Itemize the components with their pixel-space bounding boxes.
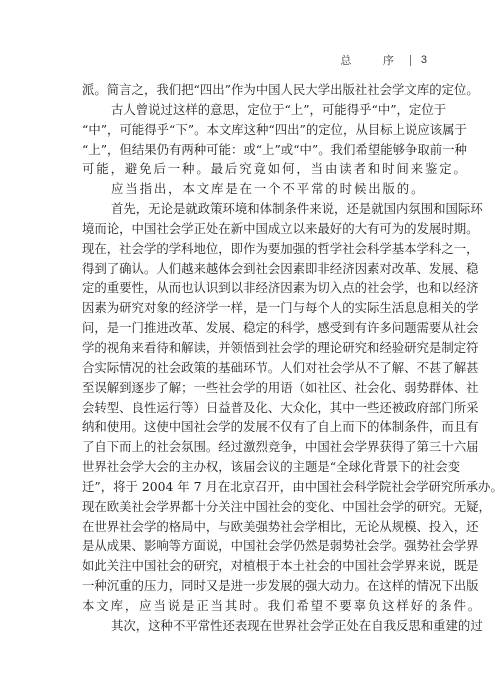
- text-line: “上”，但结果仍有两种可能：或“上”或“中”。我们希望能够争取前一种: [82, 140, 428, 160]
- text-line: 了自下而上的社会氛围。经过激烈竞争，中国社会学界获得了第三十六届: [82, 437, 428, 457]
- text-line: 纳和使用。这使中国社会学的发展不仅有了自上而下的体制条件，而且有: [82, 417, 428, 437]
- text-line: 迁”，将于 2004 年 7 月在北京召开，由中国社会科学院社会学研究所承办。: [82, 477, 428, 497]
- running-header: 总 序 3: [300, 52, 427, 68]
- text-line: 定的重要性，从而也认识到以非经济因素为切入点的社会学，也和以经济: [82, 278, 428, 298]
- text-line: 得到了确认。人们越来越体会到社会因素即非经济因素对改革、发展、稳: [82, 259, 428, 279]
- text-line: “中”，可能得乎“下”。本文库这种“四出”的定位，从目标上说应该属于: [82, 120, 428, 140]
- page-number: 3: [421, 54, 427, 66]
- text-line: 一种沉重的压力，同时又是进一步发展的强大动力。在这样的情况下出版: [82, 576, 428, 596]
- text-line: 现在欧美社会学界都十分关注中国社会的变化、中国社会学的研究。无疑，: [82, 497, 428, 517]
- text-line: 世界社会学大会的主办权，该届会议的主题是“全球化背景下的社会变: [82, 457, 428, 477]
- text-line: 古人曾说过这样的意思，定位于“上”，可能得乎“中”，定位于: [82, 100, 428, 120]
- text-line: 应当指出，本文库是在一个不平常的时候出版的。: [82, 179, 428, 199]
- text-line: 境而论，中国社会学正处在新中国成立以来最好的大有可为的发展时期。: [82, 219, 428, 239]
- running-header-title: 总 序: [340, 52, 408, 68]
- header-divider: [410, 55, 411, 66]
- text-line: 学的视角来看待和解读，并领悟到社会学的理论研究和经验研究是制定符: [82, 338, 428, 358]
- text-line: 可能，避免后一种。最后究竟如何，当由读者和时间来鉴定。: [82, 159, 428, 179]
- text-line: 是从成果、影响等方面说，中国社会学仍然是弱势社会学。强势社会学界: [82, 536, 428, 556]
- text-line: 问，是一门推进改革、发展、稳定的科学，感受到有许多问题需要从社会: [82, 318, 428, 338]
- text-line: 如此关注中国社会的研究，对植根于本土社会的中国社会学界来说，既是: [82, 556, 428, 576]
- text-line: 本文库，应当说是正当其时。我们希望不要辜负这样好的条件。: [82, 596, 428, 616]
- text-line: 派。简言之，我们把“四出”作为中国人民大学出版社社会学文库的定位。: [82, 80, 428, 100]
- text-line: 首先，无论是就政策环境和体制条件来说，还是就国内氛围和国际环: [82, 199, 428, 219]
- body-text: 派。简言之，我们把“四出”作为中国人民大学出版社社会学文库的定位。 古人曾说过这…: [82, 80, 428, 636]
- text-line: 会转型、良性运行等）日益普及化、大众化，其中一些还被政府部门所采: [82, 398, 428, 418]
- text-line: 合实际情况的社会政策的基础环节。人们对社会学从不了解、不甚了解甚: [82, 358, 428, 378]
- text-line: 至误解到逐步了解；一些社会学的用语（如社区、社会化、弱势群体、社: [82, 378, 428, 398]
- text-line: 现在，社会学的学科地位，即作为要加强的哲学社会科学基本学科之一，: [82, 239, 428, 259]
- text-line: 在世界社会学的格局中，与欧美强势社会学相比，无论从规模、投入，还: [82, 517, 428, 537]
- text-line: 因素为研究对象的经济学一样，是一门与每个人的实际生活息息相关的学: [82, 298, 428, 318]
- text-line: 其次，这种不平常性还表现在世界社会学正处在自我反思和重建的过: [82, 616, 428, 636]
